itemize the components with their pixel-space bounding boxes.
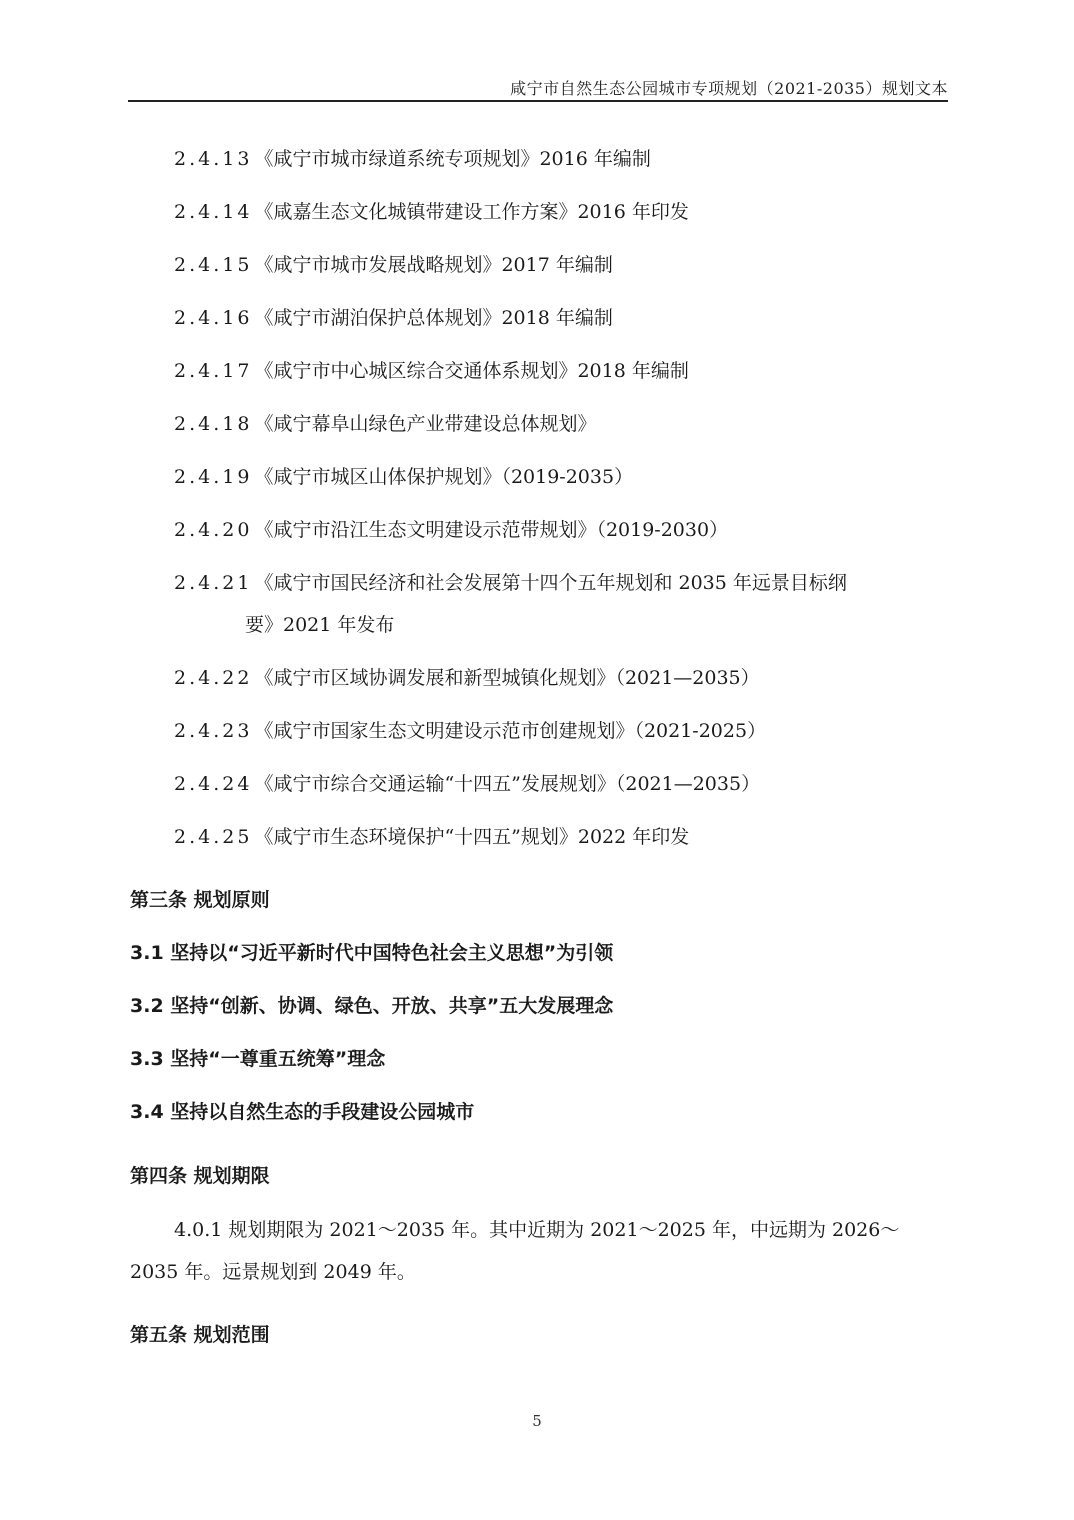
principle-item: 3.3 坚持“一尊重五统筹”理念	[130, 1046, 385, 1072]
reference-item: 2.4.22《咸宁市区域协调发展和新型城镇化规划》（2021—2035）	[174, 665, 760, 691]
header-divider	[128, 100, 948, 102]
reference-item: 2.4.15《咸宁市城市发展战略规划》2017 年编制	[174, 252, 613, 278]
reference-item: 2.4.18《咸宁幕阜山绿色产业带建设总体规划》	[174, 411, 596, 437]
reference-item: 2.4.19《咸宁市城区山体保护规划》（2019-2035）	[174, 464, 633, 490]
document-title: 咸宁市自然生态公园城市专项规划（2021-2035）规划文本	[510, 76, 948, 99]
principle-item: 3.1 坚持以“习近平新时代中国特色社会主义思想”为引领	[130, 940, 613, 966]
page-number: 5	[0, 1412, 1074, 1430]
reference-item: 2.4.16《咸宁市湖泊保护总体规划》2018 年编制	[174, 305, 613, 331]
article-4-paragraph-line1: 4.0.1 规划期限为 2021～2035 年。其中近期为 2021～2025 …	[174, 1217, 899, 1243]
principle-item: 3.4 坚持以自然生态的手段建设公园城市	[130, 1099, 474, 1125]
reference-item: 2.4.20《咸宁市沿江生态文明建设示范带规划》（2019-2030）	[174, 517, 728, 543]
article-3-heading: 第三条 规划原则	[130, 887, 270, 913]
reference-item: 2.4.14《咸嘉生态文化城镇带建设工作方案》2016 年印发	[174, 199, 689, 225]
reference-item-continuation: 要》2021 年发布	[245, 612, 394, 638]
article-4-heading: 第四条 规划期限	[130, 1163, 270, 1189]
reference-item: 2.4.23《咸宁市国家生态文明建设示范市创建规划》（2021-2025）	[174, 718, 766, 744]
reference-item: 2.4.17《咸宁市中心城区综合交通体系规划》2018 年编制	[174, 358, 689, 384]
article-5-heading: 第五条 规划范围	[130, 1322, 270, 1348]
reference-item: 2.4.13《咸宁市城市绿道系统专项规划》2016 年编制	[174, 146, 651, 172]
principle-item: 3.2 坚持“创新、协调、绿色、开放、共享”五大发展理念	[130, 993, 613, 1019]
article-4-paragraph-line2: 2035 年。远景规划到 2049 年。	[130, 1259, 416, 1285]
reference-item: 2.4.25《咸宁市生态环境保护“十四五”规划》2022 年印发	[174, 824, 689, 850]
reference-item: 2.4.24《咸宁市综合交通运输“十四五”发展规划》（2021—2035）	[174, 771, 760, 797]
reference-item: 2.4.21《咸宁市国民经济和社会发展第十四个五年规划和 2035 年远景目标纲	[174, 570, 847, 596]
